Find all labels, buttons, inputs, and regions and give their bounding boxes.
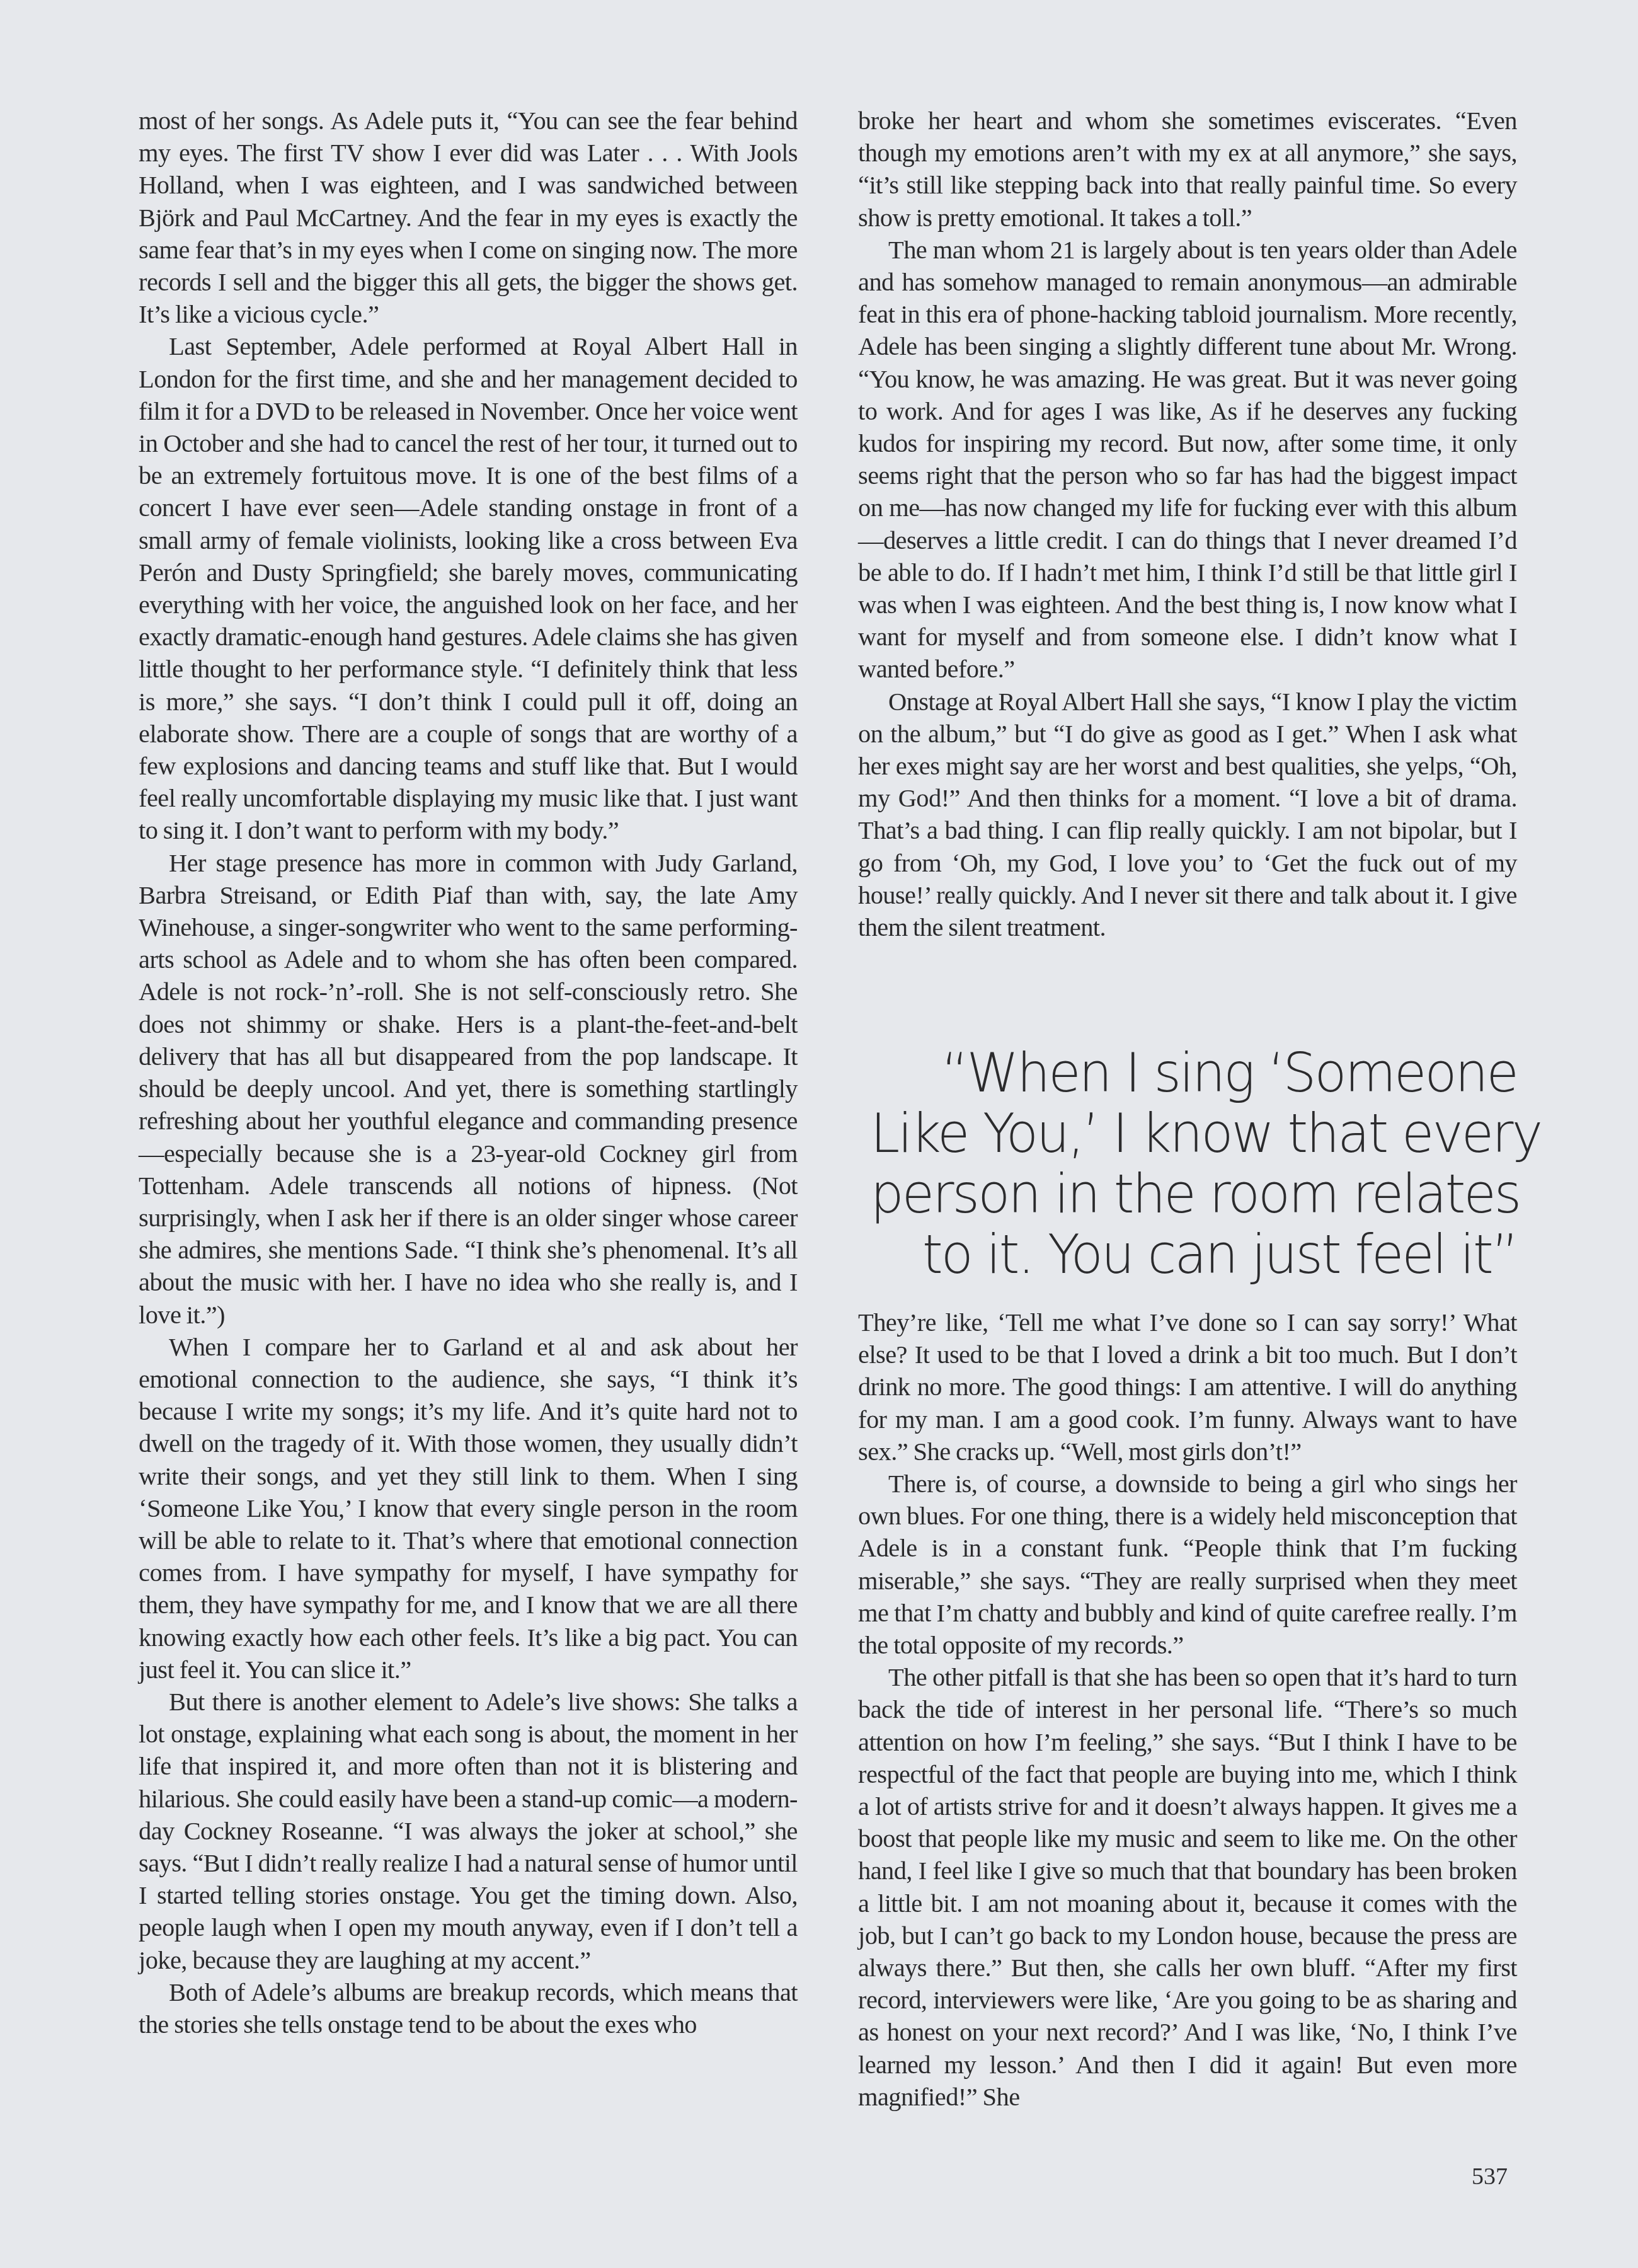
paragraph: They’re like, ‘Tell me what I’ve done so… bbox=[858, 1306, 1517, 1468]
paragraph: broke her heart and whom she sometimes e… bbox=[858, 105, 1517, 234]
paragraph: But there is another element to Adele’s … bbox=[139, 1686, 798, 1976]
paragraph: The man whom 21 is largely about is ten … bbox=[858, 234, 1517, 686]
paragraph: Onstage at Royal Albert Hall she says, “… bbox=[858, 686, 1517, 944]
page-number: 537 bbox=[1472, 2163, 1508, 2190]
pull-quote-line: to it. You can just feel it” bbox=[871, 1224, 1517, 1285]
paragraph: most of her songs. As Adele puts it, “Yo… bbox=[139, 105, 798, 330]
pull-quote-line: person in the room relates bbox=[871, 1164, 1517, 1224]
paragraph: The other pitfall is that she has been s… bbox=[858, 1661, 1517, 2113]
pull-quote-line: “When I sing ‘Someone bbox=[871, 1043, 1517, 1103]
paragraph: Last September, Adele performed at Royal… bbox=[139, 330, 798, 846]
paragraph: Both of Adele’s albums are breakup recor… bbox=[139, 1976, 798, 2041]
pull-quote-line: Like You,’ I know that every bbox=[871, 1103, 1517, 1164]
pull-quote: “When I sing ‘Someone Like You,’ I know … bbox=[871, 1043, 1517, 1285]
right-column-lower: They’re like, ‘Tell me what I’ve done so… bbox=[858, 1306, 1517, 2113]
paragraph: There is, of course, a downside to being… bbox=[858, 1468, 1517, 1661]
paragraph: Her stage presence has more in common wi… bbox=[139, 847, 798, 1331]
right-column-upper: broke her heart and whom she sometimes e… bbox=[858, 105, 1517, 943]
left-column: most of her songs. As Adele puts it, “Yo… bbox=[139, 105, 798, 2041]
paragraph: When I compare her to Garland et al and … bbox=[139, 1331, 798, 1686]
